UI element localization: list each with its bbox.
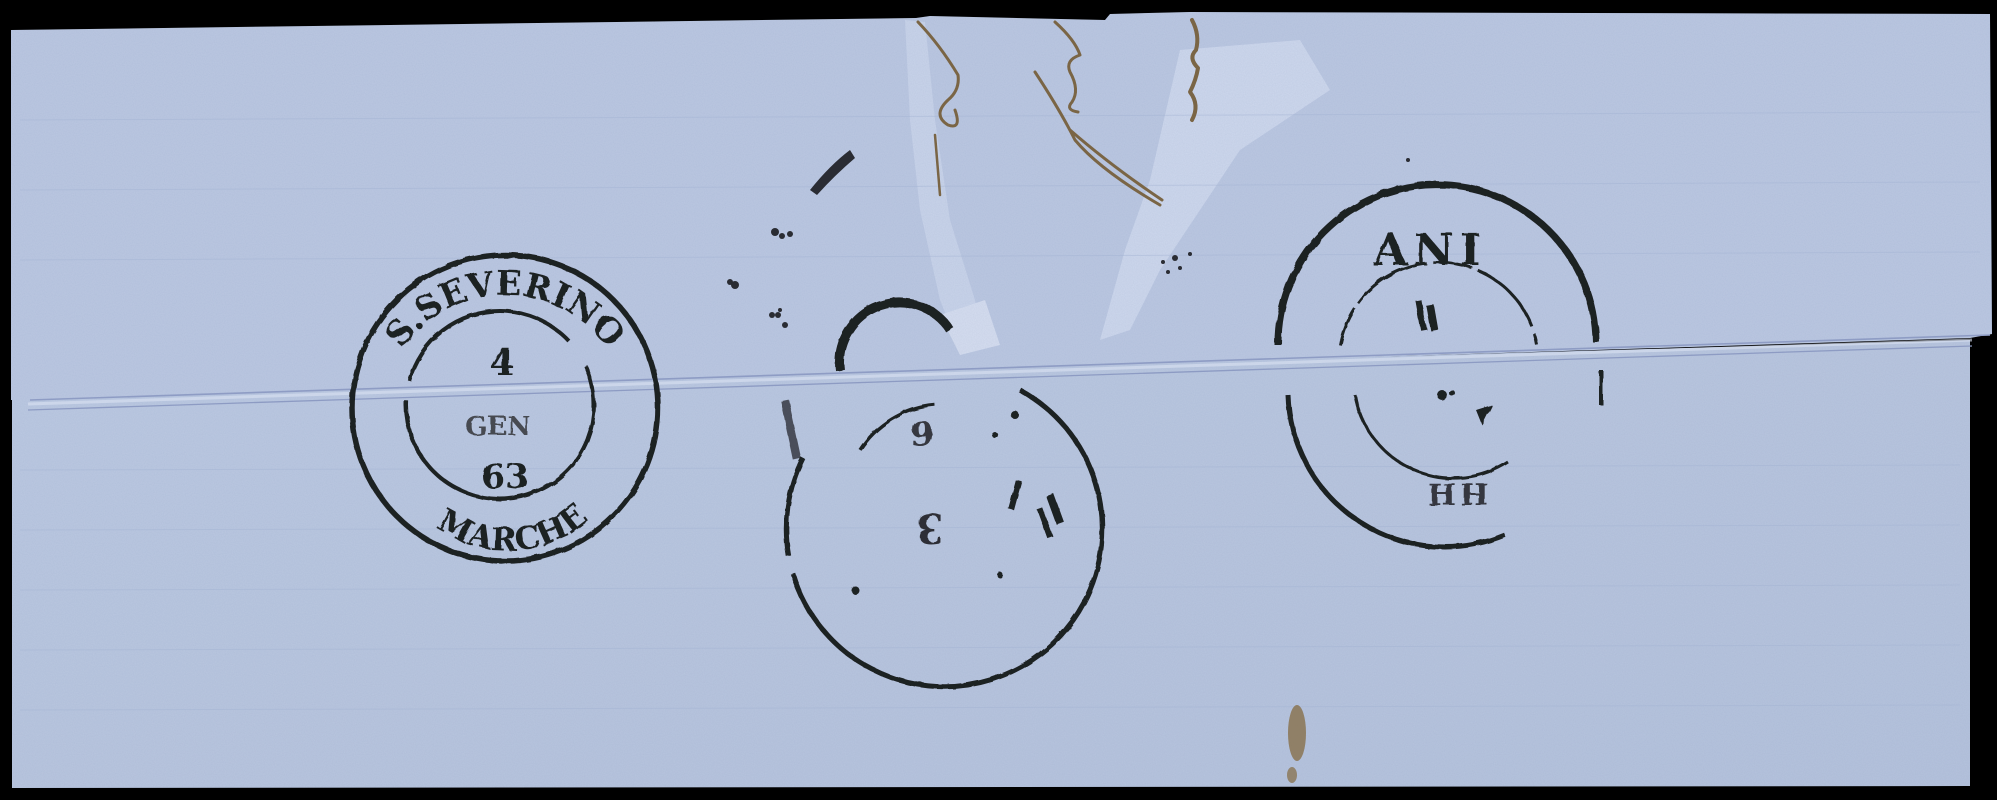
brown-stain	[1288, 705, 1306, 761]
cover-illustration: S.SEVERINO MARCHE 4 GEN 63 6 3	[0, 0, 1997, 800]
center-postmark-day: 6	[910, 412, 934, 452]
lower-panel	[12, 340, 1970, 788]
left-postmark-day: 4	[489, 342, 514, 384]
upper-flap	[11, 12, 1992, 400]
paper-sheet	[11, 12, 1992, 788]
center-postmark-year: 3	[916, 504, 944, 551]
right-postmark-bottom-text: HH	[1428, 478, 1493, 513]
left-postmark-month: GEN	[465, 412, 531, 442]
right-postmark-top-text: ANI	[1373, 225, 1487, 276]
left-postmark-year: 63	[481, 457, 528, 497]
postal-cover-photo: S.SEVERINO MARCHE 4 GEN 63 6 3	[0, 0, 1997, 800]
brown-stain-drop	[1287, 767, 1297, 783]
